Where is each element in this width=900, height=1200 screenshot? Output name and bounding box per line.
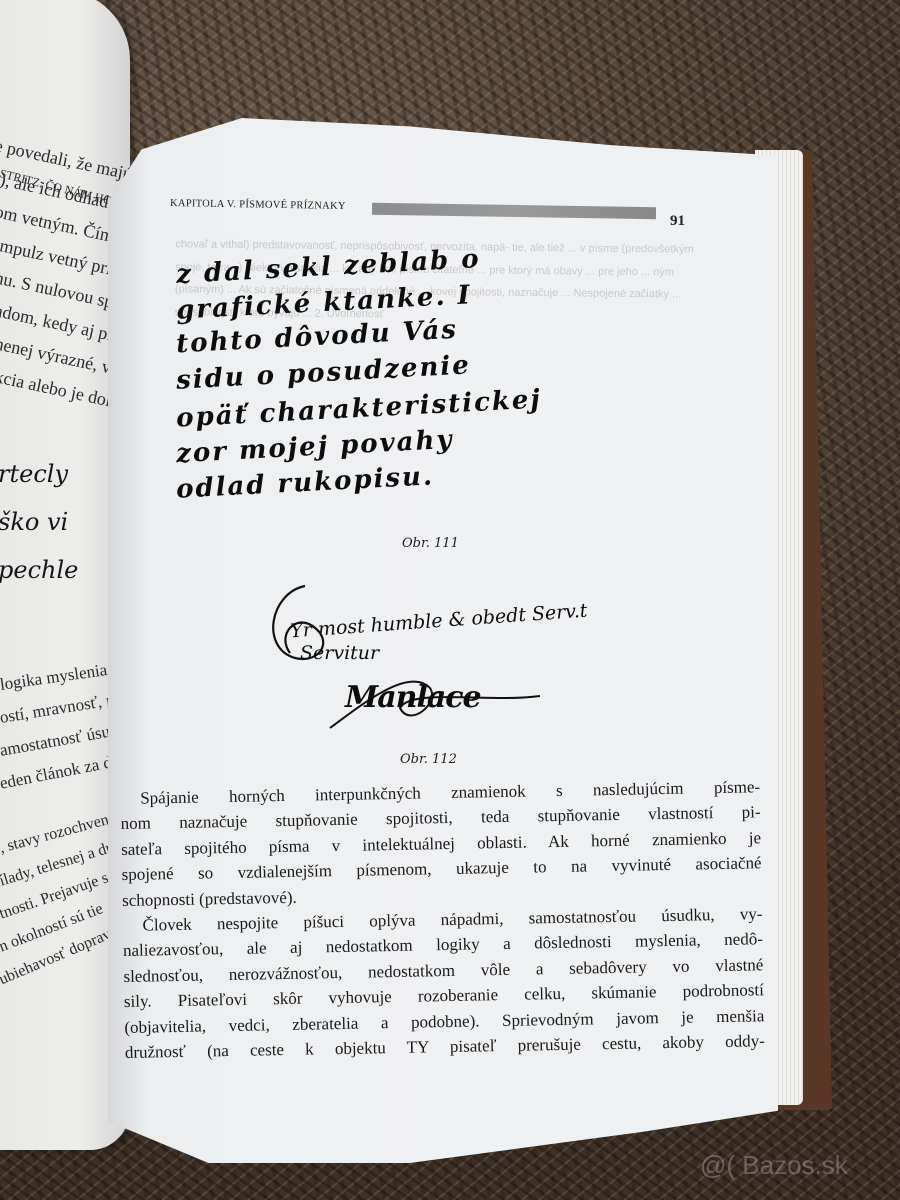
body-text: Spájanie horných interpunkčných znamieno… [120,774,765,1065]
watermark: @( Bazos.sk [700,1150,848,1181]
figure-111-caption: Obr. 111 [402,536,459,551]
page-number: 91 [670,213,685,230]
signature-name: Manlace [345,680,481,715]
left-handwriting: rtecly [0,460,68,488]
left-handwriting: ško vi [0,508,68,536]
figure-112-caption: Obr. 112 [400,752,457,767]
signature-line: Servitur [300,642,379,664]
left-handwriting: pechle [0,556,78,584]
